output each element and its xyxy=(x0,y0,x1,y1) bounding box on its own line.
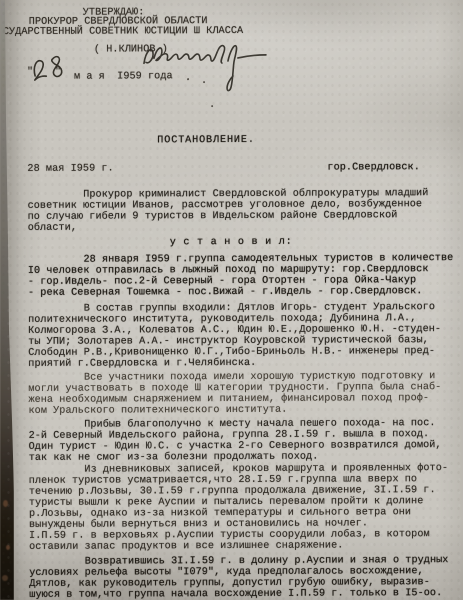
ink-speck xyxy=(211,105,213,107)
ink-speck xyxy=(203,81,205,83)
paragraph-preparation: Все участники похода имели хорошую турис… xyxy=(28,371,458,417)
paragraph-return: Возвратившись 3I.I.59 г. в долину р.Аусп… xyxy=(29,555,459,600)
binding-fleck xyxy=(6,545,10,550)
section-heading-ustanovil: у с т а н о в и л: xyxy=(170,237,293,249)
dateline-place: гор.Свердловск. xyxy=(327,162,420,173)
day-quote-close: " xyxy=(55,67,61,78)
handwritten-day-28 xyxy=(26,48,69,88)
paragraph-intro: Прокурор криминалист Свердловской облпро… xyxy=(28,188,458,234)
document-content: УТВЕРЖДАЮ: ПРОКУРОР СВЕРДЛОВСКОЙ ОБЛАСТИ… xyxy=(0,0,463,600)
paragraph-start: Прибыв благополучно к месту начала пешег… xyxy=(29,418,459,464)
paragraph-route: 28 января I959 г.группа самодеятельных т… xyxy=(28,253,458,299)
paragraph-diary: Из дневниковых записей, кроков маршрута … xyxy=(29,463,459,553)
dateline-date: 28 мая I959 г. xyxy=(27,164,113,175)
scanned-document-page: УТВЕРЖДАЮ: ПРОКУРОР СВЕРДЛОВСКОЙ ОБЛАСТИ… xyxy=(0,0,463,600)
binding-fleck xyxy=(3,500,8,507)
binding-fleck xyxy=(2,575,8,581)
paragraph-members: В состав группы входили: Дятлов Игорь- с… xyxy=(28,302,458,370)
signature-scribble-icon xyxy=(140,33,272,100)
ink-speck xyxy=(187,78,189,80)
approval-date: м а я I959 года xyxy=(74,71,173,82)
document-title: ПОСТАНОВЛЕНИЕ. xyxy=(157,135,255,146)
